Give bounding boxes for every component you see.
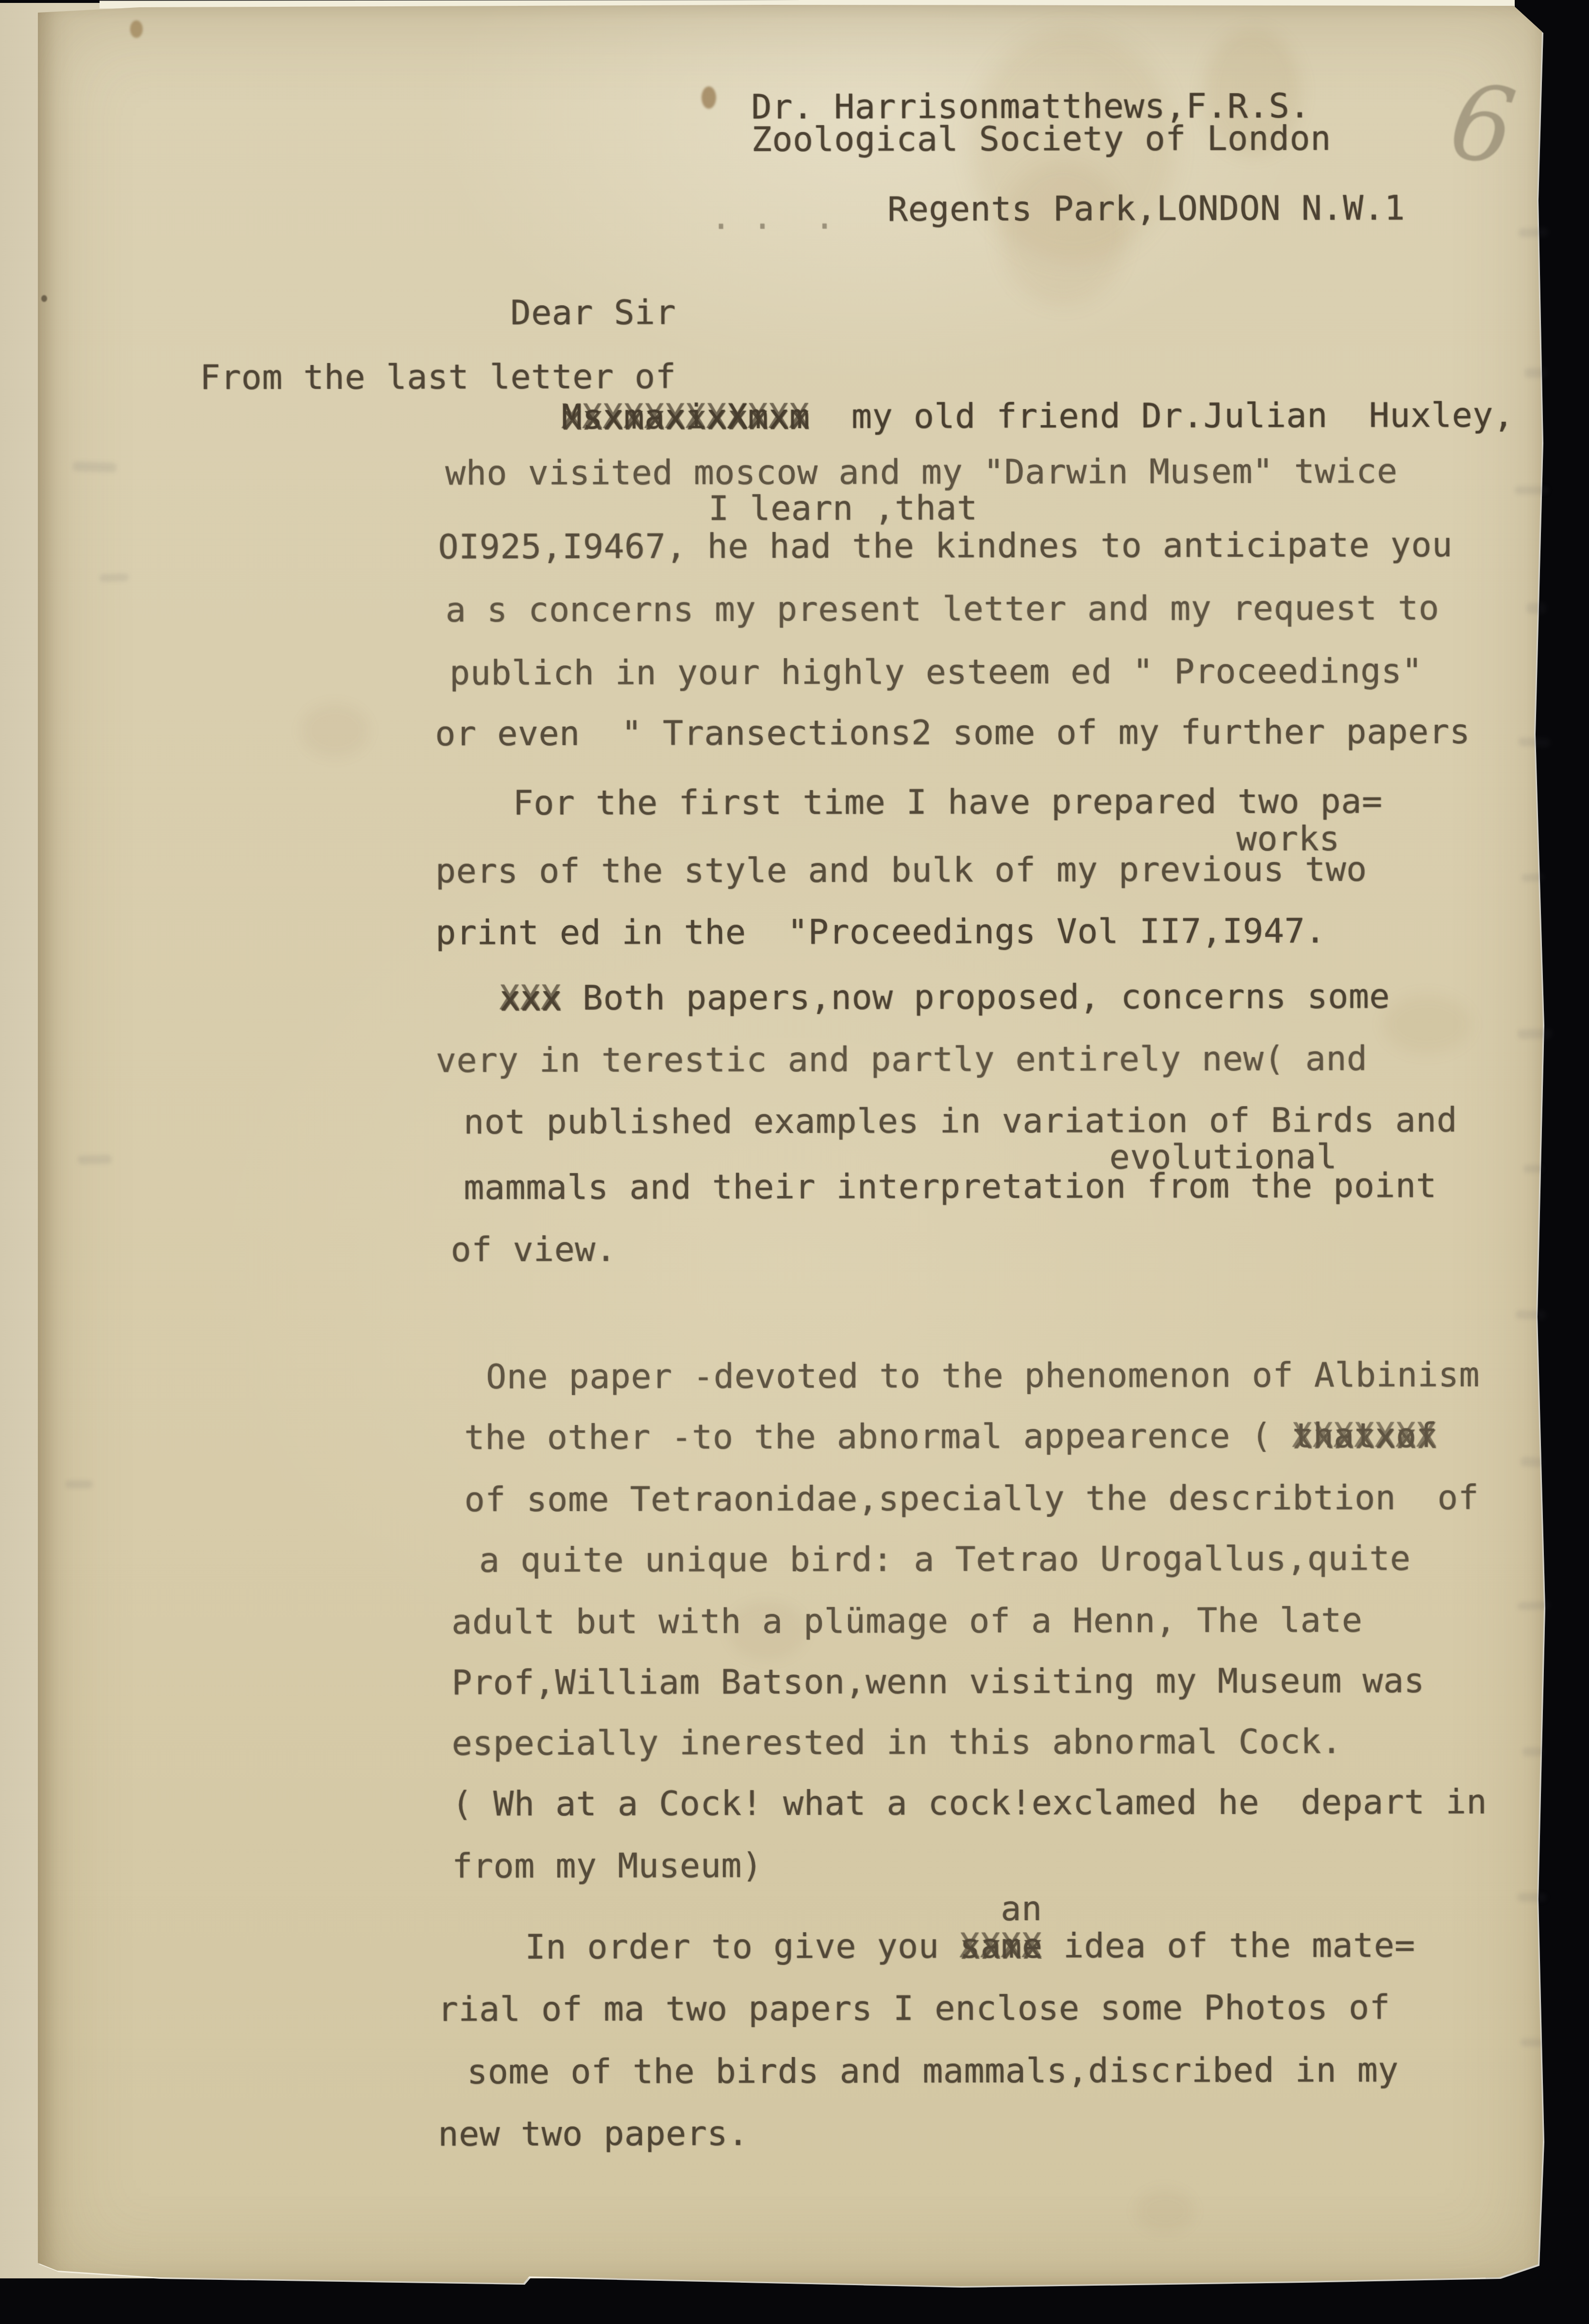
typed-text: an bbox=[1001, 1892, 1042, 1926]
typed-text: of view. bbox=[451, 1232, 616, 1267]
typed-text: the other -to the abnormal appearence ( bbox=[464, 1419, 1292, 1455]
typewritten-text-layer: Dr. Harrisonmatthews,F.R.S.Zoological So… bbox=[0, 0, 1589, 2324]
typed-line-body: a s concerns my present letter and my re… bbox=[446, 591, 1439, 627]
typed-text: my old friend Dr.Julian Huxley, bbox=[810, 398, 1514, 433]
typed-line-body: publich in your highly esteem ed " Proce… bbox=[450, 654, 1422, 690]
typed-line-body: For the first time I have prepared two p… bbox=[513, 784, 1382, 820]
typed-line-body: new two papers. bbox=[438, 2116, 749, 2151]
typed-line-body: MsxmaxixXmxmxxxxxxxxxxxxXXXXXXXXXXXX my … bbox=[562, 398, 1514, 434]
typed-text: print ed in the "Proceedings Vol II7,I94… bbox=[435, 914, 1326, 950]
typed-text: or even " Transections2 some of my furth… bbox=[435, 714, 1470, 750]
typed-line-body: some of the birds and mammals,discribed … bbox=[467, 2053, 1399, 2089]
typed-line-body: of some Tetraonidae,specially the descri… bbox=[464, 1480, 1479, 1516]
struck-text: thatxofxxxxxxxXXXXXXX bbox=[1292, 1418, 1438, 1453]
typed-text: For the first time I have prepared two p… bbox=[513, 784, 1382, 820]
typed-text: pers of the style and bulk of my previou… bbox=[435, 852, 1367, 888]
typed-text: new two papers. bbox=[438, 2116, 749, 2151]
typed-text: Zoological Society of London bbox=[752, 121, 1331, 157]
typed-line-body: mammals and their interpretation from th… bbox=[464, 1168, 1437, 1204]
typed-line-body: from my Museum) bbox=[452, 1848, 763, 1883]
typed-line-body: xxxxxxXXX Both papers,now proposed, conc… bbox=[500, 979, 1390, 1015]
typed-text: One paper -devoted to the phenomenon of … bbox=[486, 1358, 1480, 1394]
overstrike: XXXXXXX bbox=[1292, 1418, 1437, 1452]
typed-line-body: or even " Transections2 some of my furth… bbox=[435, 714, 1470, 750]
typed-text: a quite unique bird: a Tetrao Urogallus,… bbox=[479, 1541, 1411, 1577]
typed-line-address: Regents Park,LONDON N.W.1 bbox=[887, 191, 1405, 226]
typed-text: Dear Sir bbox=[510, 296, 676, 330]
typed-text: who visited moscow and my "Darwin Musem"… bbox=[445, 454, 1398, 490]
typed-line-salutation: Dear Sir bbox=[510, 296, 676, 330]
typed-text: rial of ma two papers I enclose some Pho… bbox=[438, 1990, 1390, 2026]
typed-line-insert: an bbox=[1001, 1892, 1042, 1926]
typed-line-body: OI925,I9467, he had the kindnes to antic… bbox=[438, 528, 1453, 564]
typed-text: from my Museum) bbox=[452, 1848, 763, 1883]
typed-line-address: Zoological Society of London bbox=[752, 121, 1331, 157]
typed-line-body: who visited moscow and my "Darwin Musem"… bbox=[445, 454, 1398, 490]
typed-text: I learn ,that bbox=[708, 491, 978, 525]
typed-line-body: very in terestic and partly entirely new… bbox=[435, 1042, 1367, 1078]
typed-text: Both papers,now proposed, concerns some bbox=[562, 979, 1390, 1015]
struck-text: samexxxxXXXX bbox=[960, 1929, 1043, 1963]
typed-line-body: not published examples in variation of B… bbox=[464, 1103, 1457, 1139]
typed-line-mark: . . . bbox=[711, 200, 835, 234]
typed-text: adult but with a plümage of a Henn, The … bbox=[452, 1603, 1362, 1639]
typed-line-body: pers of the style and bulk of my previou… bbox=[435, 852, 1367, 888]
typed-line-body: the other -to the abnormal appearence ( … bbox=[464, 1418, 1437, 1454]
typed-line-body: adult but with a plümage of a Henn, The … bbox=[452, 1603, 1362, 1639]
overstrike: XXXX bbox=[959, 1928, 1042, 1962]
typed-text: especially inerested in this abnormal Co… bbox=[452, 1725, 1342, 1760]
struck-text: MsxmaxixXmxmxxxxxxxxxxxxXXXXXXXXXXXX bbox=[562, 399, 810, 434]
scanned-letter-page: 6 Dr. Harrisonmatthews,F.R.S.Zoological … bbox=[0, 0, 1589, 2324]
typed-text: very in terestic and partly entirely new… bbox=[435, 1042, 1367, 1078]
typed-line-body: In order to give you samexxxxXXXX idea o… bbox=[525, 1928, 1415, 1964]
typed-line-body: ( Wh at a Cock! what a cock!exclamed he … bbox=[452, 1785, 1487, 1821]
typed-line-body: From the last letter of bbox=[200, 360, 676, 395]
typed-text: ( Wh at a Cock! what a cock!exclamed he … bbox=[452, 1785, 1487, 1821]
typed-line-body: especially inerested in this abnormal Co… bbox=[452, 1725, 1342, 1760]
typed-line-body: print ed in the "Proceedings Vol II7,I94… bbox=[435, 914, 1326, 950]
typed-line-body: Prof,William Batson,wenn visiting my Mus… bbox=[452, 1663, 1424, 1699]
typed-text: In order to give you bbox=[525, 1929, 960, 1964]
typed-text: a s concerns my present letter and my re… bbox=[446, 591, 1439, 627]
overstrike: XXX bbox=[499, 980, 561, 1014]
typed-text: idea of the mate= bbox=[1042, 1928, 1415, 1963]
typed-text: . . . bbox=[711, 200, 835, 234]
typed-text: From the last letter of bbox=[200, 360, 676, 395]
overstrike: XXXXXXXXXXXX bbox=[561, 399, 810, 433]
typed-text: Regents Park,LONDON N.W.1 bbox=[887, 191, 1405, 226]
typed-text: of some Tetraonidae,specially the descri… bbox=[464, 1480, 1479, 1516]
typed-text: some of the birds and mammals,discribed … bbox=[467, 2053, 1399, 2089]
typed-line-insert: I learn ,that bbox=[708, 491, 978, 525]
typed-line-body: of view. bbox=[451, 1232, 616, 1267]
struck-text: xxxxxxXXX bbox=[500, 981, 562, 1015]
typed-text: Prof,William Batson,wenn visiting my Mus… bbox=[452, 1663, 1424, 1699]
typed-text: not published examples in variation of B… bbox=[464, 1103, 1457, 1139]
typed-text: publich in your highly esteem ed " Proce… bbox=[450, 654, 1422, 690]
typed-line-body: a quite unique bird: a Tetrao Urogallus,… bbox=[479, 1541, 1411, 1577]
typed-line-body: rial of ma two papers I enclose some Pho… bbox=[438, 1990, 1390, 2026]
typed-text: OI925,I9467, he had the kindnes to antic… bbox=[438, 528, 1453, 564]
typed-text: mammals and their interpretation from th… bbox=[464, 1168, 1437, 1204]
typed-line-body: One paper -devoted to the phenomenon of … bbox=[486, 1358, 1480, 1394]
